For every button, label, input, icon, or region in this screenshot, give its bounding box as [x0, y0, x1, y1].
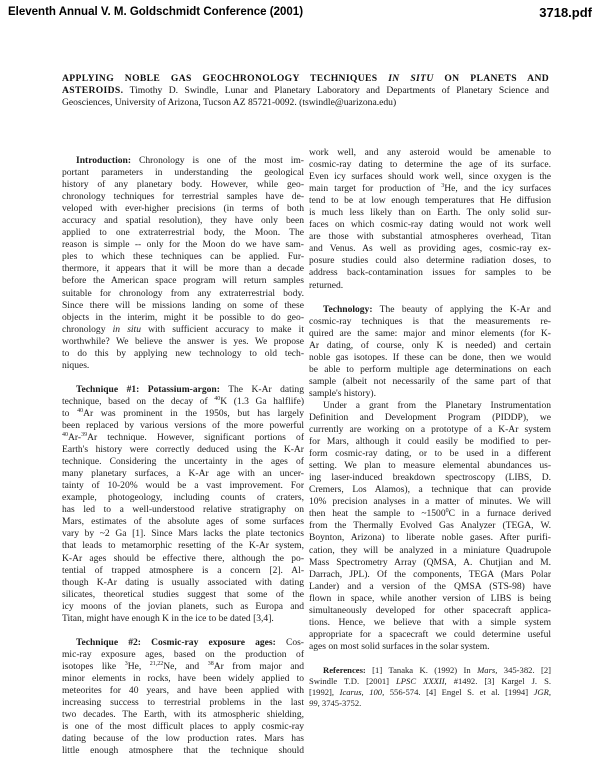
reference-line: 99, 3745-3752. — [309, 698, 551, 709]
intro-line: ples to which these techniques can be ap… — [62, 251, 304, 263]
technique1-line: technique. Considering the uncertainty i… — [62, 456, 304, 468]
running-header-filename: 3718.pdf — [539, 5, 592, 20]
intro-line: veloped with ever-higher precisions (in … — [62, 203, 304, 215]
technology-line: sample's history). — [309, 388, 551, 400]
technique2-line: and Venus. As well as providing ages, co… — [309, 243, 551, 255]
reference-line: References: [1] Tanaka K. (1992) In Mars… — [309, 665, 551, 676]
technique2-line: is much less likely than on Earth. The o… — [309, 207, 551, 219]
technology-line: form cosmic-ray dating, or to be used in… — [309, 448, 551, 460]
technology-line: Under a grant from the Planetary Instrum… — [309, 400, 551, 412]
technique1-line: technique, based on the decay of 40K (1.… — [62, 396, 304, 408]
technology-line: quired are the same: major and minor ele… — [309, 328, 551, 340]
technique2-line: increasing success to terrestrial proble… — [62, 697, 304, 709]
technology-line: be able to perform multiple age determin… — [309, 364, 551, 376]
technique2-line: meteorites for 40 years, and have been a… — [62, 685, 304, 697]
reference-line: [1992], Icarus, 100, 556-574. [4] Engel … — [309, 687, 551, 698]
technique2-line: two decades. The Earth, with its atmosph… — [62, 709, 304, 721]
technique2-line: cosmic-ray dating to determine the age o… — [309, 159, 551, 171]
intro-line: before the American space program will r… — [62, 275, 304, 287]
technique1-line: Technique #1: Potassium-argon: The K-Ar … — [62, 384, 304, 396]
paper-title-block: APPLYING NOBLE GAS GEOCHRONOLOGY TECHNIQ… — [62, 72, 549, 108]
technology-line: simultaneously developed for other space… — [309, 605, 551, 617]
paper-title-part2: ON PLANETS AND — [434, 73, 549, 84]
technology-line: tions. Hence, we believe that with a sim… — [309, 617, 551, 629]
paragraph-gap — [62, 625, 304, 637]
intro-line: to do this by applying new technology to… — [62, 348, 304, 360]
technique1-line: has led to a well-understood relative st… — [62, 504, 304, 516]
technique2-line: isotopes like 3He, 21,22Ne, and 38Ar fro… — [62, 661, 304, 673]
intro-line: thermore, it appears that it will be mor… — [62, 263, 304, 275]
technique2-line: mic-ray exposure ages, based on the prod… — [62, 649, 304, 661]
technique2-line: Technique #2: Cosmic-ray exposure ages: … — [62, 637, 304, 649]
intro-line: objects in the interim, might it be poss… — [62, 312, 304, 324]
paragraph-gap — [309, 292, 551, 304]
affiliation: Geosciences, University of Arizona, Tucs… — [62, 96, 549, 108]
technique1-line: 40Ar-39Ar technique. However, significan… — [62, 432, 304, 444]
technique1-line: K-Ar ages should be effective there, alt… — [62, 553, 304, 565]
intro-line: Introduction: Chronology is one of the m… — [62, 155, 304, 167]
technique2-line: Even icy surfaces should work well, sinc… — [309, 171, 551, 183]
intro-line: niques. — [62, 360, 304, 372]
intro-line: Since there will be missions landing on … — [62, 300, 304, 312]
technology-line: ing laser-induced breakdown spectroscopy… — [309, 472, 551, 484]
paragraph-gap — [309, 653, 551, 665]
intro-line: suitable for chronology from any extrate… — [62, 288, 304, 300]
technique2-line: work well, and any asteroid would be ame… — [309, 147, 551, 159]
technology-line: Darrach, JPL). Of the components, TEGA (… — [309, 569, 551, 581]
technique1-line: vary by ~2 Ga [1]. Since Mars lacks the … — [62, 528, 304, 540]
intro-line: accuracy and spatial resolution), they h… — [62, 215, 304, 227]
paragraph-gap — [62, 372, 304, 384]
intro-line: reason is simple -- only for the Moon do… — [62, 239, 304, 251]
running-header-conference: Eleventh Annual V. M. Goldschmidt Confer… — [8, 6, 303, 18]
technique2-line: address back-contamination issues for sa… — [309, 267, 551, 279]
technology-line: Ar dating, of course, only K is needed) … — [309, 340, 551, 352]
technique2-line: main target for production of 3He, and t… — [309, 183, 551, 195]
technique2-line: little enough atmosphere that the techni… — [62, 745, 304, 757]
technique2-line: faces on which cosmic-ray dating would n… — [309, 219, 551, 231]
intro-line: chronology in situ with sufficient accur… — [62, 324, 304, 336]
technique1-heading: Technique #1: Potassium-argon: — [76, 384, 220, 395]
technique1-line: to 40Ar was prominent in the 1950s, but … — [62, 408, 304, 420]
technology-line: Mass Spectrometry Array (QMSA, A. Chutji… — [309, 557, 551, 569]
technology-heading: Technology: — [323, 304, 373, 315]
technology-line: currently are working on a prototype of … — [309, 424, 551, 436]
reference-line: Swindle T.D. [2001] LPSC XXXII, #1492. [… — [309, 676, 551, 687]
paper-title-part1: APPLYING NOBLE GAS GEOCHRONOLOGY TECHNIQ… — [62, 73, 388, 84]
intro-heading: Introduction: — [76, 155, 131, 166]
intro-line: worthwhile? We believe the answer is yes… — [62, 336, 304, 348]
technique2-line: posure studies could also determine radi… — [309, 255, 551, 267]
technique1-line: icy moons of the jovian planets, such as… — [62, 601, 304, 613]
technique2-line: minor elements in rocks, have been widel… — [62, 673, 304, 685]
technology-line: sample (albeit not necessarily of the sa… — [309, 376, 551, 388]
paper-title-italic: IN SITU — [388, 73, 433, 84]
technology-line: then heat the sample to ~15000C in a fur… — [309, 508, 551, 520]
technique1-line: Titan, might have enough K in the ice to… — [62, 613, 304, 625]
technique2-line: returned. — [309, 280, 551, 292]
left-column: Introduction: Chronology is one of the m… — [62, 155, 304, 757]
intro-line: history of any planetary body. However, … — [62, 179, 304, 191]
technique2-line: are those with substantial atmospheres o… — [309, 231, 551, 243]
technique1-line: many planetary surfaces, a K-Ar age with… — [62, 468, 304, 480]
intro-line: portant parameters in understanding the … — [62, 167, 304, 179]
title-line-1: APPLYING NOBLE GAS GEOCHRONOLOGY TECHNIQ… — [62, 72, 549, 84]
paper-title-part3: ASTEROIDS. — [62, 85, 123, 96]
technique1-line: Mars, estimates of the absolute ages of … — [62, 516, 304, 528]
technology-line: Boynton, Arizona) to liberate noble gase… — [309, 532, 551, 544]
technology-line: cation, they will be analyzed in a minia… — [309, 545, 551, 557]
technique1-line: tainty of 10-20% would be a vast improve… — [62, 480, 304, 492]
technology-line: Lander) and a version of the QMSA (STS-9… — [309, 581, 551, 593]
technology-line: Definition and Development Program (PIDD… — [309, 412, 551, 424]
technology-line: from the Thermally Evolved Gas Analyzer … — [309, 520, 551, 532]
right-column: work well, and any asteroid would be ame… — [309, 147, 551, 709]
technology-line: Cremers, Los Alamos), a technique that c… — [309, 484, 551, 496]
intro-line: applied to one extraterrestrial body, th… — [62, 227, 304, 239]
technology-line: appropriate for a spacecraft we could de… — [309, 629, 551, 641]
technology-line: Technology: The beauty of applying the K… — [309, 304, 551, 316]
authors: Timothy D. Swindle, Lunar and Planetary … — [123, 85, 549, 96]
technique2-heading: Technique #2: Cosmic-ray exposure ages: — [76, 637, 276, 648]
technique1-line: tential of trapped atmosphere is a conce… — [62, 565, 304, 577]
technique1-line: been replaced by various versions of the… — [62, 420, 304, 432]
technique2-line: dating because of the low production rat… — [62, 733, 304, 745]
technology-line: for Mars, although it could easily be mo… — [309, 436, 551, 448]
technology-line: 10% precision analyses in a matter of mi… — [309, 496, 551, 508]
technology-line: flown in space, while another version of… — [309, 593, 551, 605]
technology-line: noble gas isotopes. If these can be done… — [309, 352, 551, 364]
technology-line: ages on most solid surfaces in the solar… — [309, 641, 551, 653]
technique1-line: Earth's history were correctly deduced u… — [62, 444, 304, 456]
technique1-line: silicates, theoretical studies suggest t… — [62, 589, 304, 601]
technique1-line: though K-Ar dating is usually associated… — [62, 577, 304, 589]
technique1-line: example, photogeology, including counts … — [62, 492, 304, 504]
technique2-line: is one of the most difficult places to a… — [62, 721, 304, 733]
references: References: [1] Tanaka K. (1992) In Mars… — [309, 665, 551, 709]
technique2-line: tend to be at low enough temperatures th… — [309, 195, 551, 207]
technology-line: cosmic-ray techniques is that the measur… — [309, 316, 551, 328]
intro-line: chronology techniques for terrestrial sa… — [62, 191, 304, 203]
references-heading: References: — [323, 665, 366, 675]
title-line-2: ASTEROIDS. Timothy D. Swindle, Lunar and… — [62, 84, 549, 96]
technology-line: setting. We plan to measure elemental ab… — [309, 460, 551, 472]
technique1-line: that leads to metamorphic resetting of t… — [62, 540, 304, 552]
